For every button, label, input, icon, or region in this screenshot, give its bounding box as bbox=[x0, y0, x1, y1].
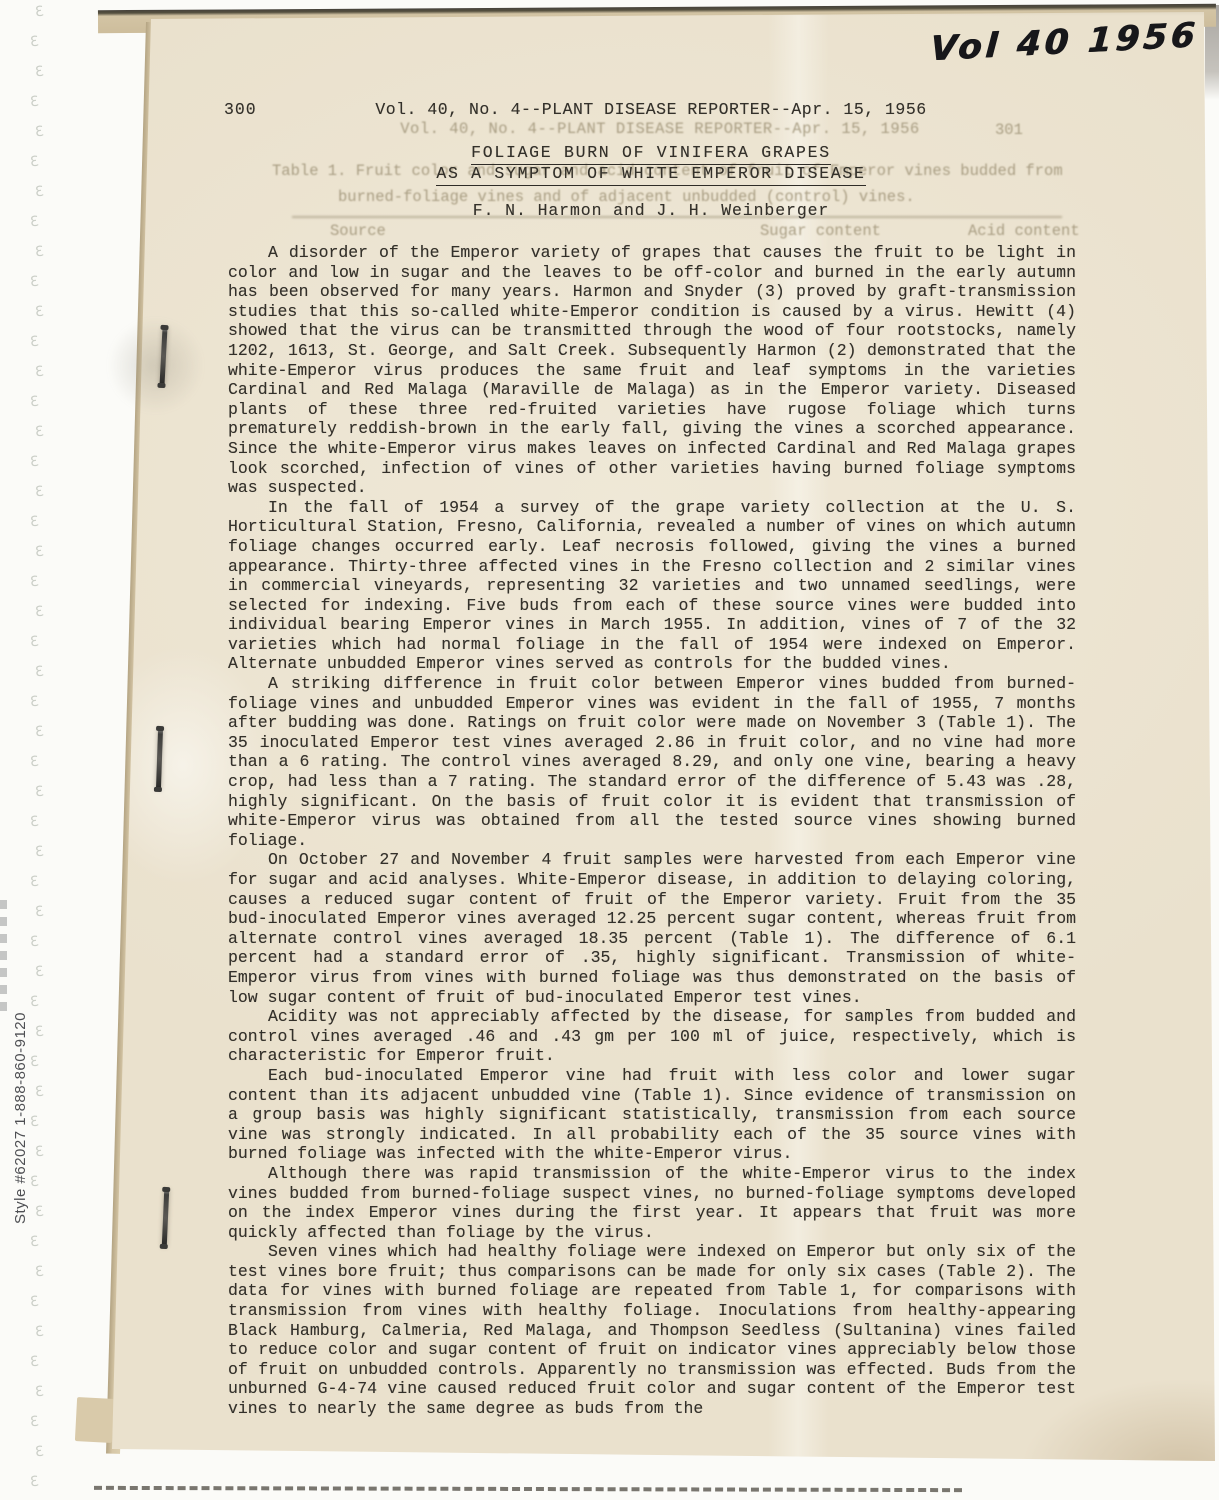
body-paragraph: Acidity was not appreciably affected by … bbox=[228, 1007, 1076, 1066]
article-title-text: FOLIAGE BURN OF VINIFERA GRAPES bbox=[471, 143, 831, 165]
perforation-line bbox=[94, 1486, 962, 1492]
article-title-line-1: FOLIAGE BURN OF VINIFERA GRAPES bbox=[228, 143, 1074, 165]
bleedthrough-column-source: Source bbox=[330, 222, 386, 240]
sleeve-style-label: Style #62027 1-888-860-9120 bbox=[12, 876, 29, 1224]
body-paragraph: Each bud-inoculated Emperor vine had fru… bbox=[228, 1066, 1076, 1164]
scanned-page-canvas: { "scan": { "handwritten_annotation": "V… bbox=[0, 0, 1219, 1500]
body-paragraph: A disorder of the Emperor variety of gra… bbox=[228, 243, 1076, 498]
body-paragraph: In the fall of 1954 a survey of the grap… bbox=[228, 498, 1076, 674]
article-title-line-2: AS A SYMPTOM OF WHITE EMPEROR DISEASE bbox=[228, 164, 1074, 186]
staple-smudge bbox=[108, 318, 203, 413]
article-title-text: AS A SYMPTOM OF WHITE EMPEROR DISEASE bbox=[436, 164, 865, 186]
journal-header-line: Vol. 40, No. 4--PLANT DISEASE REPORTER--… bbox=[228, 100, 1074, 119]
body-paragraph: Although there was rapid transmission of… bbox=[228, 1164, 1076, 1242]
bleedthrough-page-number: 301 bbox=[995, 121, 1023, 139]
under-page-bottom-corner bbox=[75, 1397, 114, 1443]
body-paragraph: A striking difference in fruit color bet… bbox=[228, 674, 1076, 850]
article-body: A disorder of the Emperor variety of gra… bbox=[228, 243, 1076, 1419]
body-paragraph: Seven vines which had healthy foliage we… bbox=[228, 1242, 1076, 1418]
bleedthrough-column-sugar: Sugar content bbox=[760, 222, 881, 240]
body-paragraph: On October 27 and November 4 fruit sampl… bbox=[228, 850, 1076, 1007]
comb-binding-strip: 3333333333333333333333333333333333333333… bbox=[0, 0, 62, 1500]
bleedthrough-column-acid: Acid content bbox=[968, 222, 1080, 240]
bleedthrough-journal-line: Vol. 40, No. 4--PLANT DISEASE REPORTER--… bbox=[280, 120, 1040, 138]
sleeve-label-clipped-fragment bbox=[0, 900, 7, 1018]
article-authors: F. N. Harmon and J. H. Weinberger bbox=[228, 201, 1074, 220]
